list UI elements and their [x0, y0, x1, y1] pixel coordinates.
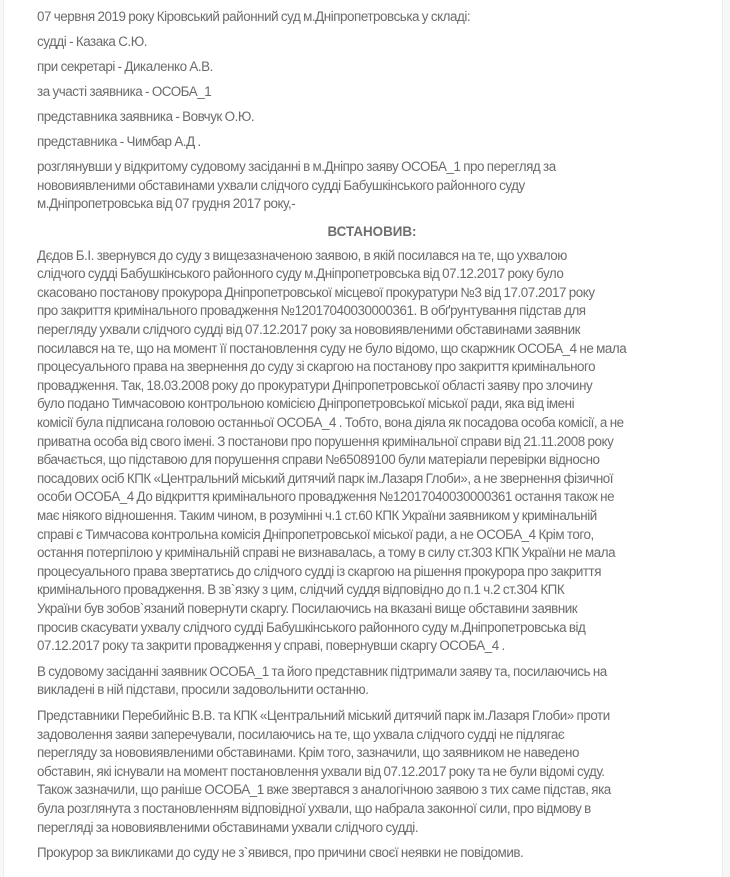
body-paragraph: Представники Перебийніс В.В. та КПК «Цен…: [37, 707, 717, 837]
text-line: посилався на те, що на момент її постано…: [37, 340, 626, 359]
text-line: про закриття кримінального провадження №…: [37, 302, 586, 321]
intro-paragraph: розглянувши у відкритому судовому засіда…: [37, 158, 717, 214]
header-line-applicant-representative: представника заявника - Вовчук О.Ю.: [37, 108, 717, 127]
text-line: приватна особа від свого імені. З постан…: [37, 433, 613, 452]
header-line-secretary: при секретарі - Дикаленко А.В.: [37, 58, 717, 77]
header-line-representative: представника - Чимбар А.Д .: [37, 133, 717, 152]
section-heading: ВСТАНОВИВ:: [37, 221, 717, 243]
text-line: була розглянута з постановленням відпові…: [37, 800, 591, 819]
text-line: перегляду за нововиявленими обставинами.…: [37, 744, 579, 763]
text-line: викладені в ній підстави, просили задово…: [37, 681, 369, 700]
text-line: Дєдов Б.І. звернувся до суду з вищезазна…: [37, 247, 567, 266]
text-line: справі є Тимчасова контрольна комісія Дн…: [37, 526, 594, 545]
header-line-date-court: 07 червня 2019 року Кіровський районний …: [37, 8, 717, 27]
header-line-applicant: за участі заявника - ОСОБА_1: [37, 83, 717, 102]
text-line: слідчого судді Бабушкінського районного …: [37, 265, 563, 284]
text-line: 07.12.2017 року та закрити провадження у…: [37, 637, 505, 656]
body-paragraph: Дєдов Б.І. звернувся до суду з вищезазна…: [37, 247, 717, 656]
text-line: Прокурор за викликами до суду не з`явивс…: [37, 844, 523, 863]
text-line: має ніякого відношення. Таким чином, в р…: [37, 507, 597, 526]
text-line: кримінального провадження. В зв`язку з ц…: [37, 581, 564, 600]
text-line: задоволення заяви заперечували, посилаюч…: [37, 726, 564, 745]
document-page: 07 червня 2019 року Кіровський районний …: [3, 0, 723, 877]
text-line: Також зазначили, що раніше ОСОБА_1 вже з…: [37, 781, 611, 800]
text-line: обставин, які існували на момент постано…: [37, 763, 605, 782]
text-line: скасовано постанову прокурора Дніпропетр…: [37, 284, 595, 303]
text-line: перегляду ухвали слідчого судді від 07.1…: [37, 321, 580, 340]
text-line: посадових осіб КПК «Центральний міський …: [37, 470, 613, 489]
text-line: було подано Тимчасовою контрольною коміс…: [37, 395, 574, 414]
body-paragraph: Прокурор за викликами до суду не з`явивс…: [37, 844, 717, 863]
body-paragraph: В судовому засіданні заявник ОСОБА_1 та …: [37, 663, 717, 700]
body-paragraphs: Дєдов Б.І. звернувся до суду з вищезазна…: [37, 247, 717, 863]
text-line: особи ОСОБА_4 До відкриття кримінального…: [37, 488, 614, 507]
text-line: Представники Перебийніс В.В. та КПК «Цен…: [37, 707, 610, 726]
text-line: остання потерпілою у кримінальній справі…: [37, 544, 615, 563]
text-line: України був зобов`язаний повернути скарг…: [37, 600, 577, 619]
header-line-judge: судді - Казака С.Ю.: [37, 33, 717, 52]
text-line: процесуального права звертатись до слідч…: [37, 563, 601, 582]
text-line: процесуального права на звернення до суд…: [37, 358, 595, 377]
text-line: провадження. Так, 18.03.2008 року до про…: [37, 377, 592, 396]
court-ruling-text: 07 червня 2019 року Кіровський районний …: [37, 8, 717, 870]
text-line: вбачається, що підставою для порушення с…: [37, 451, 600, 470]
text-line: перегляді за нововиявленими обставинами …: [37, 819, 418, 838]
text-line: просив скасувати ухвалу слідчого судді Б…: [37, 619, 585, 638]
text-line: В судовому засіданні заявник ОСОБА_1 та …: [37, 663, 607, 682]
text-line: комісії була підписана головою останньої…: [37, 414, 624, 433]
